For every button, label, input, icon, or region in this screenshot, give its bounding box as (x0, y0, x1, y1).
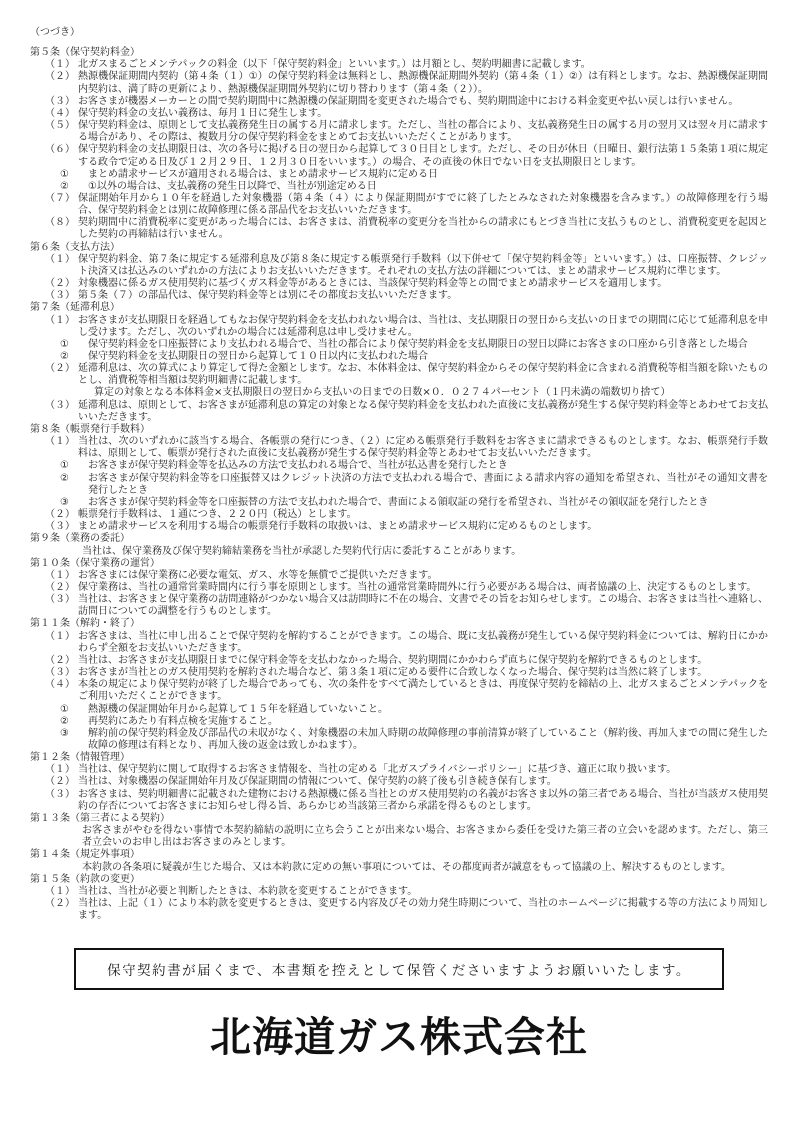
article: 第１５条（約款の変更）（１）当社は、当社が必要と判断したときは、本約款を変更する… (30, 874, 768, 923)
clause-text: 本約款の各条項に疑義が生じた場合、又は本約款に定めの無い事項については、その都度… (82, 862, 768, 874)
clause-text: 保守業務は、当社の通常営業時間内に行う事を原則とします。当社の通常営業時間外に行… (78, 582, 768, 594)
clause-marker: ② (60, 716, 88, 728)
clause-marker: （２） (45, 582, 78, 594)
clause-marker: （３） (45, 290, 78, 302)
clause-text: 保守契約料金の支払期限日は、次の各号に掲げる日の翌日から起算して３０日目とします… (78, 144, 768, 168)
clause-marker: （２） (45, 363, 78, 375)
clause: （３）お客さまは、契約明細書に記載された建物における熱源機に係る当社とのガス使用… (30, 789, 768, 813)
article: 第１４条（規定外事項）本約款の各条項に疑義が生じた場合、又は本約款に定めの無い事… (30, 849, 768, 873)
clause: ②保守契約料金を支払期限日の翌日から起算して１０日以内に支払われた場合 (30, 351, 768, 363)
clause-marker: （２） (45, 71, 78, 83)
clause: ①お客さまが保守契約料金等を払込みの方法で支払われる場合で、当社が払込書を発行し… (30, 460, 768, 472)
clause: （７）保証開始年月から１０年を経過した対象機器（第４条（４）により保証期間がすで… (30, 193, 768, 217)
clause: （１）当社は、当社が必要と判断したときは、本約款を変更することができます。 (30, 886, 768, 898)
clause: （１）北ガスまるごとメンテパックの料金（以下「保守契約料金」といいます。）は月額… (30, 59, 768, 71)
clause-marker: （２） (45, 898, 78, 910)
articles: 第５条（保守契約料金）（１）北ガスまるごとメンテパックの料金（以下「保守契約料金… (30, 47, 768, 922)
article-heading: 第１２条（情報管理） (30, 752, 768, 764)
clause-text: まとめ請求サービスを利用する場合の帳票発行手数料の取扱いは、まとめ請求サービス規… (78, 521, 768, 533)
clause: （４）保守契約料金の支払い義務は、毎月１日に発生します。 (30, 108, 768, 120)
clause: お客さまがやむを得ない事情で本契約締結の説明に立ち会うことが出来ない場合、お客さ… (30, 825, 768, 849)
company-name: 北海道ガス株式会社 (30, 1004, 768, 1063)
clause-marker: （３） (45, 400, 78, 412)
article: 第６条（支払方法）（１）保守契約料金、第７条に規定する延滞利息及び第８条に規定す… (30, 242, 768, 303)
clause-text: お客さまは、当社に申し出ることで保守契約を解約することができます。この場合、既に… (78, 631, 768, 655)
clause-marker: （６） (45, 144, 78, 156)
article: 第８条（帳票発行手数料）（１）当社は、次のいずれかに該当する場合、各帳票の発行に… (30, 424, 768, 533)
clause: ①保守契約料金を口座振替により支払われる場合で、当社の都合により保守契約料金を支… (30, 339, 768, 351)
clause: ①熱源機の保証開始年月から起算して１５年を経過していないこと。 (30, 704, 768, 716)
clause: 当社は、保守業務及び保守契約締結業務を当社が承認した契約代行店に委託することがあ… (30, 546, 768, 558)
clause-text: 契約期間中に消費税率に変更があった場合には、お客さまは、消費税率の変更分を当社か… (78, 217, 768, 241)
clause: 本約款の各条項に疑義が生じた場合、又は本約款に定めの無い事項については、その都度… (30, 862, 768, 874)
clause: 算定の対象となる本体料金×支払期限日の翌日から支払いの日までの日数×０．０２７４… (30, 387, 768, 399)
clause-text: 当社は、次のいずれかに該当する場合、各帳票の発行につき、（２）に定める帳票発行手… (78, 436, 768, 460)
clause-marker: （３） (45, 789, 78, 801)
clause-marker: （８） (45, 217, 78, 229)
clause: ①まとめ請求サービスが適用される場合は、まとめ請求サービス規約に定める日 (30, 169, 768, 181)
continuation-label: （つづき） (30, 27, 768, 39)
clause-marker: （２） (45, 776, 78, 788)
clause-text: お客さまが保守契約料金等を口座振替又はクレジット決済の方法で支払われる場合で、書… (88, 473, 768, 497)
clause-text: 当社は、当社が必要と判断したときは、本約款を変更することができます。 (78, 886, 768, 898)
clause-text: お客さまが支払期限日を経過してもなお保守契約料金を支払われない場合は、当社は、支… (78, 315, 768, 339)
clause-text: 保守契約料金の支払い義務は、毎月１日に発生します。 (78, 108, 768, 120)
clause: （３）まとめ請求サービスを利用する場合の帳票発行手数料の取扱いは、まとめ請求サー… (30, 521, 768, 533)
clause-marker: （４） (45, 108, 78, 120)
clause: （２）帳票発行手数料は、１通につき、２２０円（税込）とします。 (30, 509, 768, 521)
clause: （８）契約期間中に消費税率に変更があった場合には、お客さまは、消費税率の変更分を… (30, 217, 768, 241)
article: 第１０条（保守業務の運営）（１）お客さまには保守業務に必要な電気、ガス、水等を無… (30, 558, 768, 619)
article-heading: 第７条（延滞利息） (30, 302, 768, 314)
clause: （１）当社は、保守契約に関して取得するお客さま情報を、当社の定める「北ガスプライ… (30, 764, 768, 776)
article-heading: 第６条（支払方法） (30, 242, 768, 254)
article: 第５条（保守契約料金）（１）北ガスまるごとメンテパックの料金（以下「保守契約料金… (30, 47, 768, 242)
clause: （１）当社は、次のいずれかに該当する場合、各帳票の発行につき、（２）に定める帳票… (30, 436, 768, 460)
clause-marker: ① (60, 339, 88, 351)
clause-text: 対象機器に係るガス使用契約に基づくガス料金等があるときには、当該保守契約料金等と… (78, 278, 768, 290)
clause-text: お客さまが保守契約料金等を払込みの方法で支払われる場合で、当社が払込書を発行した… (88, 460, 768, 472)
clause-text: 保守契約料金、第７条に規定する延滞利息及び第８条に規定する帳票発行手数料（以下併… (78, 254, 768, 278)
clause-text: お客さまが保守契約料金等を口座振替の方法で支払われた場合で、書面による領収証の発… (88, 497, 768, 509)
clause: （５）保守契約料金は、原則として支払義務発生日の属する月に請求します。ただし、当… (30, 120, 768, 144)
clause-marker: （１） (45, 315, 78, 327)
clause-text: 解約前の保守契約料金及び部品代の未収がなく、対象機器の未加入時期の故障修理の事前… (88, 728, 768, 752)
clause: ②お客さまが保守契約料金等を口座振替又はクレジット決済の方法で支払われる場合で、… (30, 473, 768, 497)
clause-text: 帳票発行手数料は、１通につき、２２０円（税込）とします。 (78, 509, 768, 521)
clause-marker: （１） (45, 886, 78, 898)
clause-text: 本条の規定により保守契約が終了した場合であっても、次の条件をすべて満たしていると… (78, 679, 768, 703)
clause: （３）延滞利息は、原則として、お客さまが延滞利息の算定の対象となる保守契約料金を… (30, 400, 768, 424)
clause-marker: ③ (60, 728, 88, 740)
clause-marker: （１） (45, 59, 78, 71)
clause-text: 当社は、上記（１）により本約款を変更するときは、変更する内容及びその効力発生時期… (78, 898, 768, 922)
clause: （６）保守契約料金の支払期限日は、次の各号に掲げる日の翌日から起算して３０日目と… (30, 144, 768, 168)
clause-marker: （２） (45, 655, 78, 667)
article: 第１２条（情報管理）（１）当社は、保守契約に関して取得するお客さま情報を、当社の… (30, 752, 768, 813)
clause-text: お客さまが当社とのガス使用契約を解約された場合など、第３条１項に定める要件に合致… (78, 667, 768, 679)
clause-text: 当社は、お客さまと保守業務の訪問連絡がつかない場合又は訪問時に不在の場合、文書で… (78, 594, 768, 618)
article-heading: 第１３条（第三者による契約） (30, 813, 768, 825)
clause-marker: ③ (60, 497, 88, 509)
article: 第１１条（解約・終了）（１）お客さまは、当社に申し出ることで保守契約を解約するこ… (30, 618, 768, 752)
article-heading: 第９条（業務の委託） (30, 533, 768, 545)
clause: （３）当社は、お客さまと保守業務の訪問連絡がつかない場合又は訪問時に不在の場合、… (30, 594, 768, 618)
clause: （２）延滞利息は、次の算式により算定して得た金額とします。なお、本体料金は、保守… (30, 363, 768, 387)
document-page: （つづき） 第５条（保守契約料金）（１）北ガスまるごとメンテパックの料金（以下「… (0, 0, 794, 1123)
clause-marker: ② (60, 181, 88, 193)
clause: （１）お客さまは、当社に申し出ることで保守契約を解約することができます。この場合… (30, 631, 768, 655)
clause-text: お客さまには保守業務に必要な電気、ガス、水等を無償でご提供いただきます。 (78, 570, 768, 582)
clause-marker: ② (60, 473, 88, 485)
clause-text: まとめ請求サービスが適用される場合は、まとめ請求サービス規約に定める日 (88, 169, 768, 181)
clause-text: 当社は、お客さまが支払期限日までに保守料金等を支払わなかった場合、契約期間にかか… (78, 655, 768, 667)
clause-marker: ② (60, 351, 88, 363)
notice-text: 保守契約書が届くまで、本書類を控えとして保管くださいますようお願いいたします。 (107, 963, 691, 979)
clause-text: ①以外の場合は、支払義務の発生日以降で、当社が別途定める日 (88, 181, 768, 193)
clause-marker: ① (60, 169, 88, 181)
clause: （１）お客さまが支払期限日を経過してもなお保守契約料金を支払われない場合は、当社… (30, 315, 768, 339)
clause-text: 当社は、保守契約に関して取得するお客さま情報を、当社の定める「北ガスプライバシー… (78, 764, 768, 776)
clause: （１）お客さまには保守業務に必要な電気、ガス、水等を無償でご提供いただきます。 (30, 570, 768, 582)
clause: （２）熱源機保証期間内契約（第４条（１）①）の保守契約料金は無料とし、熱源機保証… (30, 71, 768, 95)
clause: （２）保守業務は、当社の通常営業時間内に行う事を原則とします。当社の通常営業時間… (30, 582, 768, 594)
clause-text: 保守契約料金を支払期限日の翌日から起算して１０日以内に支払われた場合 (88, 351, 768, 363)
clause-marker: （１） (45, 764, 78, 776)
clause: （２）対象機器に係るガス使用契約に基づくガス料金等があるときには、当該保守契約料… (30, 278, 768, 290)
clause: （２）当社は、上記（１）により本約款を変更するときは、変更する内容及びその効力発… (30, 898, 768, 922)
notice-box: 保守契約書が届くまで、本書類を控えとして保管くださいますようお願いいたします。 (74, 948, 724, 990)
clause-text: 保守契約料金を口座振替により支払われる場合で、当社の都合により保守契約料金を支払… (88, 339, 768, 351)
clause-text: 当社は、対象機器の保証開始年月及び保証期間の情報について、保守契約の終了後も引き… (78, 776, 768, 788)
article: 第１３条（第三者による契約）お客さまがやむを得ない事情で本契約締結の説明に立ち会… (30, 813, 768, 849)
article: 第９条（業務の委託）当社は、保守業務及び保守契約締結業務を当社が承認した契約代行… (30, 533, 768, 557)
clause-marker: （２） (45, 509, 78, 521)
clause-text: 再契約にあたり有料点検を実施すること。 (88, 716, 768, 728)
clause-marker: （１） (45, 436, 78, 448)
clause: （２）当社は、対象機器の保証開始年月及び保証期間の情報について、保守契約の終了後… (30, 776, 768, 788)
article-heading: 第１５条（約款の変更） (30, 874, 768, 886)
clause: ③お客さまが保守契約料金等を口座振替の方法で支払われた場合で、書面による領収証の… (30, 497, 768, 509)
clause: （３）第５条（７）の部品代は、保守契約料金等とは別にその都度お支払いいただきます… (30, 290, 768, 302)
clause: ③解約前の保守契約料金及び部品代の未収がなく、対象機器の未加入時期の故障修理の事… (30, 728, 768, 752)
clause-marker: （４） (45, 679, 78, 691)
clause: ②再契約にあたり有料点検を実施すること。 (30, 716, 768, 728)
clause-marker: （１） (45, 631, 78, 643)
clause-text: 北ガスまるごとメンテパックの料金（以下「保守契約料金」といいます。）は月額とし、… (78, 59, 768, 71)
article-heading: 第１０条（保守業務の運営） (30, 558, 768, 570)
clause-marker: （３） (45, 96, 78, 108)
clause-marker: ① (60, 460, 88, 472)
article-heading: 第１１条（解約・終了） (30, 618, 768, 630)
clause-marker: （７） (45, 193, 78, 205)
clause-text: 保守契約料金は、原則として支払義務発生日の属する月に請求します。ただし、当社の都… (78, 120, 768, 144)
clause-text: 保証開始年月から１０年を経過した対象機器（第４条（４）により保証期間がすでに終了… (78, 193, 768, 217)
clause-text: 延滞利息は、次の算式により算定して得た金額とします。なお、本体料金は、保守契約料… (78, 363, 768, 387)
clause-text: お客さまは、契約明細書に記載された建物における熱源機に係る当社とのガス使用契約の… (78, 789, 768, 813)
clause: ②①以外の場合は、支払義務の発生日以降で、当社が別途定める日 (30, 181, 768, 193)
article-heading: 第５条（保守契約料金） (30, 47, 768, 59)
clause-marker: （５） (45, 120, 78, 132)
clause-marker: ① (60, 704, 88, 716)
clause: （４）本条の規定により保守契約が終了した場合であっても、次の条件をすべて満たして… (30, 679, 768, 703)
article-heading: 第８条（帳票発行手数料） (30, 424, 768, 436)
clause-text: 熱源機保証期間内契約（第４条（１）①）の保守契約料金は無料とし、熱源機保証期間外… (78, 71, 768, 95)
clause: （２）当社は、お客さまが支払期限日までに保守料金等を支払わなかった場合、契約期間… (30, 655, 768, 667)
clause-text: 延滞利息は、原則として、お客さまが延滞利息の算定の対象となる保守契約料金を支払わ… (78, 400, 768, 424)
clause-text: お客さまがやむを得ない事情で本契約締結の説明に立ち会うことが出来ない場合、お客さ… (82, 825, 768, 849)
clause-marker: （１） (45, 254, 78, 266)
clause-marker: （３） (45, 667, 78, 679)
clause-text: お客さまが機器メーカーとの間で契約期間中に熱源機の保証期間を変更された場合でも、… (78, 96, 768, 108)
clause-marker: （２） (45, 278, 78, 290)
article-heading: 第１４条（規定外事項） (30, 849, 768, 861)
clause: （３）お客さまが当社とのガス使用契約を解約された場合など、第３条１項に定める要件… (30, 667, 768, 679)
clause-marker: （３） (45, 594, 78, 606)
article: 第７条（延滞利息）（１）お客さまが支払期限日を経過してもなお保守契約料金を支払わ… (30, 302, 768, 424)
clause-marker: （３） (45, 521, 78, 533)
clause: （１）保守契約料金、第７条に規定する延滞利息及び第８条に規定する帳票発行手数料（… (30, 254, 768, 278)
clause-marker: （１） (45, 570, 78, 582)
clause-text: 算定の対象となる本体料金×支払期限日の翌日から支払いの日までの日数×０．０２７４… (94, 387, 768, 399)
clause-text: 熱源機の保証開始年月から起算して１５年を経過していないこと。 (88, 704, 768, 716)
clause: （３）お客さまが機器メーカーとの間で契約期間中に熱源機の保証期間を変更された場合… (30, 96, 768, 108)
clause-text: 当社は、保守業務及び保守契約締結業務を当社が承認した契約代行店に委託することがあ… (82, 546, 768, 558)
clause-text: 第５条（７）の部品代は、保守契約料金等とは別にその都度お支払いいただきます。 (78, 290, 768, 302)
